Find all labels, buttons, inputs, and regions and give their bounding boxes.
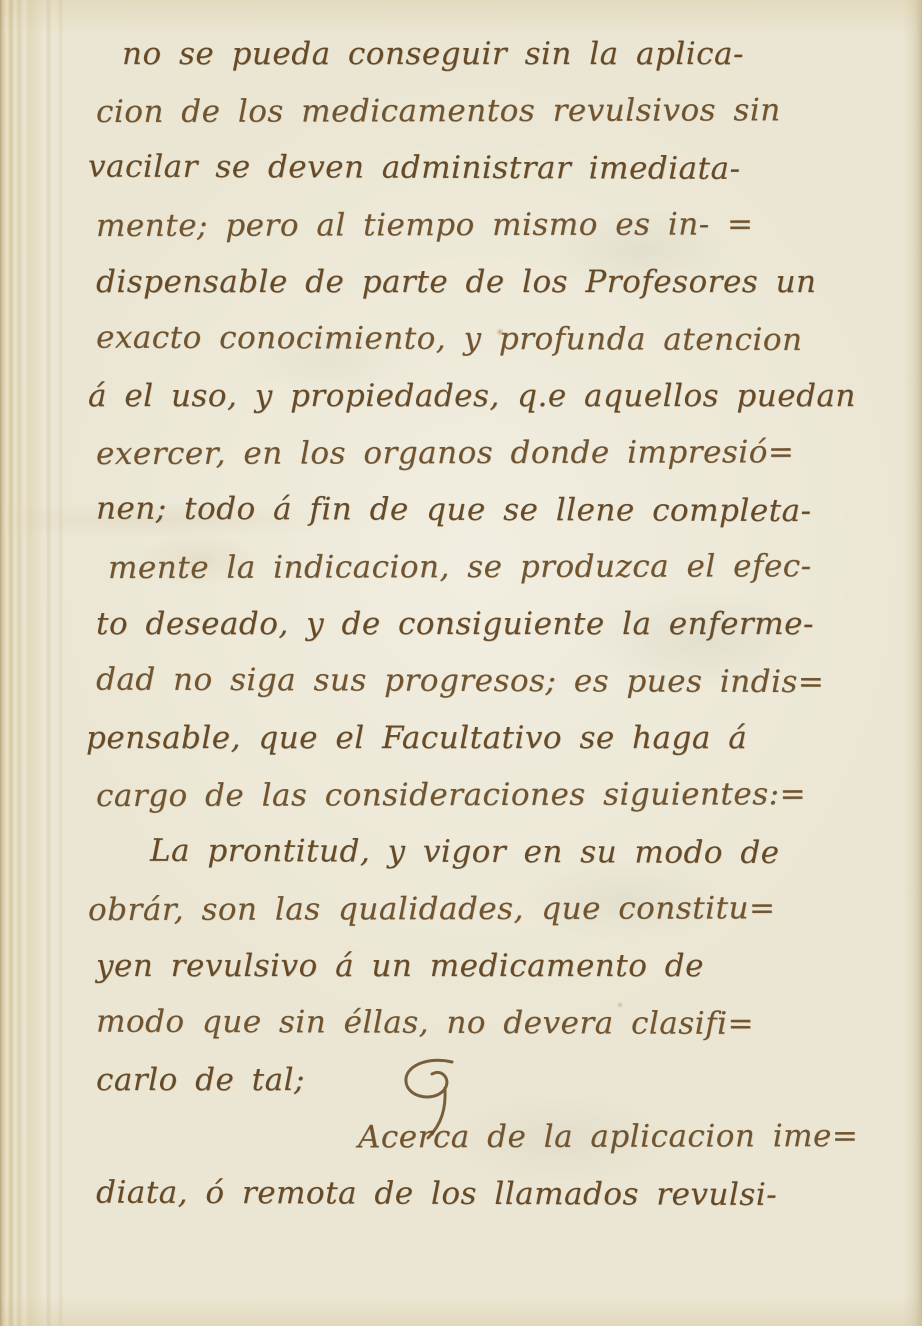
- manuscript-line: pensable, que el Facultativo se haga á: [86, 710, 902, 767]
- manuscript-line: yen revulsivo á un medicamento de: [96, 938, 902, 995]
- manuscript-line: diata, ó remota de los llamados revulsi-: [96, 1165, 902, 1225]
- manuscript-line: dispensable de parte de los Profesores u…: [96, 254, 902, 311]
- manuscript-line: obrár, son las qualidades, que constitu=: [88, 880, 902, 939]
- manuscript-line: dad no siga sus progresos; es pues indis…: [96, 652, 902, 712]
- manuscript-line: Acerca de la aplicacion ime=: [96, 1108, 902, 1167]
- manuscript-line: to deseado, y de consiguiente la enferme…: [96, 596, 902, 653]
- manuscript-line: exercer, en los organos donde impresió=: [96, 424, 902, 483]
- manuscript-line: vacilar se deven administrar imediata-: [88, 139, 902, 199]
- manuscript-line: mente; pero al tiempo mismo es in- =: [96, 196, 902, 255]
- manuscript-page: no se pueda conseguir sin la aplica- cio…: [0, 0, 922, 1326]
- manuscript-line: exacto conocimiento, y profunda atencion: [96, 310, 902, 370]
- manuscript-line: á el uso, y propiedades, q.e aquellos pu…: [88, 368, 902, 425]
- manuscript-line: nen; todo á fin de que se llene completa…: [96, 481, 902, 541]
- manuscript-line: mente la indicacion, se produzca el efec…: [108, 538, 902, 597]
- manuscript-line: modo que sin éllas, no devera clasifi=: [96, 994, 902, 1054]
- book-gutter: [0, 0, 86, 1326]
- manuscript-line: no se pueda conseguir sin la aplica-: [122, 26, 902, 83]
- manuscript-line: carlo de tal;: [96, 1052, 902, 1109]
- manuscript-line-text: carlo de tal;: [96, 1062, 305, 1098]
- manuscript-line: cargo de las consideraciones siguientes:…: [96, 766, 902, 825]
- manuscript-line: cion de los medicamentos revulsivos sin: [96, 82, 902, 141]
- manuscript-line: La prontitud, y vigor en su modo de: [96, 823, 902, 883]
- manuscript-text-block: no se pueda conseguir sin la aplica- cio…: [96, 26, 902, 1223]
